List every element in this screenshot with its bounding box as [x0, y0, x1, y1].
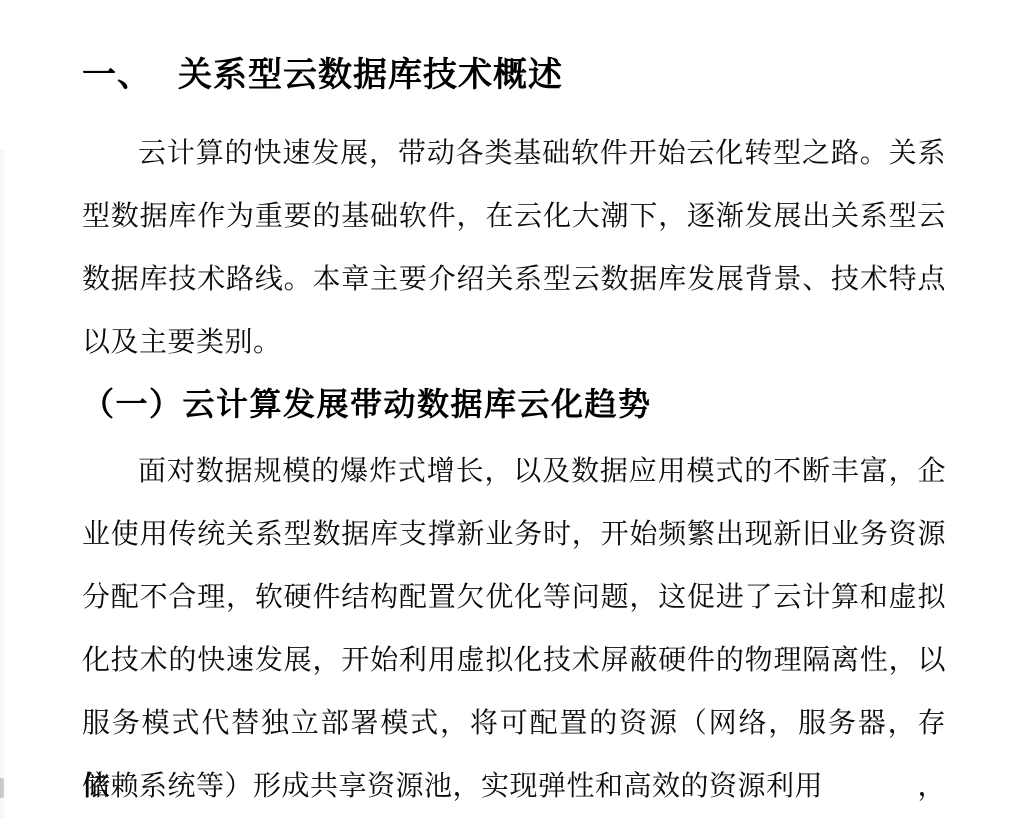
document-content: 一、关系型云数据库技术概述 云计算的快速发展，带动各类基础软件开始云化转型之路。…: [82, 52, 946, 818]
text-line: 依赖系统等）形成共享资源池，实现弹性和高效的资源利用: [82, 755, 946, 818]
text-line: 数据库技术路线。本章主要介绍关系型云数据库发展背景、技术特点: [82, 248, 946, 311]
text-line: 以及主要类别。: [82, 311, 946, 374]
text-line: 云计算的快速发展，带动各类基础软件开始云化转型之路。关系: [82, 122, 946, 185]
text-line: 业使用传统关系型数据库支撑新业务时，开始频繁出现新旧业务资源: [82, 503, 946, 566]
text-line: 面对数据规模的爆炸式增长，以及数据应用模式的不断丰富，企: [82, 440, 946, 503]
scan-artifact: [0, 778, 4, 798]
paragraph-section-body: 面对数据规模的爆炸式增长，以及数据应用模式的不断丰富，企 业使用传统关系型数据库…: [82, 440, 946, 818]
paragraph-intro: 云计算的快速发展，带动各类基础软件开始云化转型之路。关系 型数据库作为重要的基础…: [82, 122, 946, 374]
page-edge-artifact: [0, 150, 6, 818]
chapter-heading: 一、关系型云数据库技术概述: [82, 52, 946, 98]
text-line: 服务模式代替独立部署模式，将可配置的资源（网络，服务器，存储，: [82, 692, 946, 755]
text-line: 分配不合理，软硬件结构配置欠优化等问题，这促进了云计算和虚拟: [82, 566, 946, 629]
section-heading: （一）云计算发展带动数据库云化趋势: [82, 380, 946, 428]
text-line: 化技术的快速发展，开始利用虚拟化技术屏蔽硬件的物理隔离性，以: [82, 629, 946, 692]
chapter-title: 关系型云数据库技术概述: [178, 56, 563, 94]
chapter-number: 一、: [82, 52, 152, 98]
document-page: 一、关系型云数据库技术概述 云计算的快速发展，带动各类基础软件开始云化转型之路。…: [0, 0, 1024, 828]
text-line: 型数据库作为重要的基础软件，在云化大潮下，逐渐发展出关系型云: [82, 185, 946, 248]
